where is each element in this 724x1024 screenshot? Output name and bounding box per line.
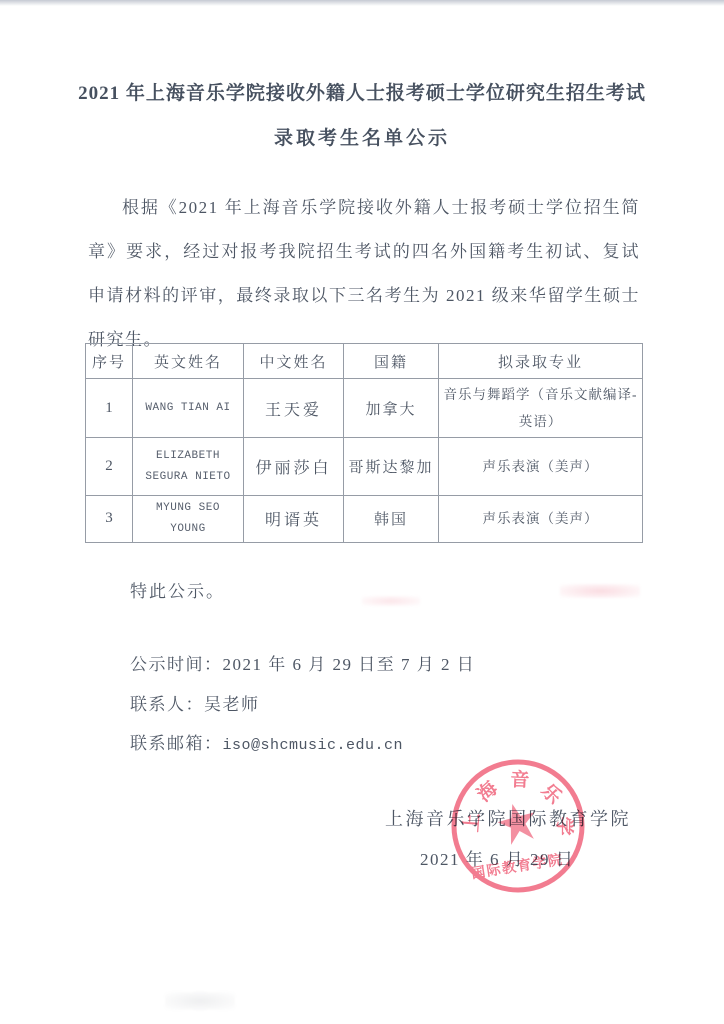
scan-smudge-artifact bbox=[560, 584, 640, 598]
scan-smudge-artifact bbox=[165, 992, 235, 1010]
table-header-row: 序号 英文姓名 中文姓名 国籍 拟录取专业 bbox=[86, 344, 643, 379]
cell-nationality: 哥斯达黎加 bbox=[344, 438, 439, 496]
table-row: 1 WANG TIAN AI 王天爱 加拿大 音乐与舞蹈学（音乐文献编译-英语） bbox=[86, 379, 643, 438]
admitted-students-table: 序号 英文姓名 中文姓名 国籍 拟录取专业 1 WANG TIAN AI 王天爱… bbox=[85, 343, 643, 543]
cell-chinese-name: 明谞英 bbox=[244, 496, 344, 543]
table-row: 3 MYUNG SEO YOUNG 明谞英 韩国 声乐表演（美声） bbox=[86, 496, 643, 543]
announcement-paragraph: 根据《2021 年上海音乐学院接收外籍人士报考硕士学位招生简章》要求，经过对报考… bbox=[88, 186, 640, 362]
document-title-line1: 2021 年上海音乐学院接收外籍人士报考硕士学位研究生招生考试 bbox=[0, 78, 724, 105]
cell-major: 音乐与舞蹈学（音乐文献编译-英语） bbox=[439, 379, 643, 438]
cell-chinese-name: 王天爱 bbox=[244, 379, 344, 438]
signature-date: 2021 年 6 月 29 日 bbox=[420, 845, 574, 870]
contact-email-label: 联系邮箱： bbox=[130, 734, 223, 753]
col-header-english-name: 英文姓名 bbox=[133, 344, 244, 379]
notice-statement: 特此公示。 bbox=[130, 577, 225, 602]
contact-email-line: 联系邮箱：iso@shcmusic.edu.cn bbox=[130, 729, 403, 754]
col-header-chinese-name: 中文姓名 bbox=[244, 344, 344, 379]
signature-organization: 上海音乐学院国际教育学院 bbox=[385, 805, 631, 831]
table-row: 2 ELIZABETH SEGURA NIETO 伊丽莎白 哥斯达黎加 声乐表演… bbox=[86, 438, 643, 496]
cell-no: 1 bbox=[86, 379, 133, 438]
cell-english-name: MYUNG SEO YOUNG bbox=[133, 496, 244, 543]
cell-major: 声乐表演（美声） bbox=[439, 496, 643, 543]
cell-no: 3 bbox=[86, 496, 133, 543]
scan-edge-artifact bbox=[0, 0, 724, 6]
cell-english-name: WANG TIAN AI bbox=[133, 379, 244, 438]
cell-english-name: ELIZABETH SEGURA NIETO bbox=[133, 438, 244, 496]
col-header-nationality: 国籍 bbox=[344, 344, 439, 379]
scan-smudge-artifact bbox=[362, 596, 420, 606]
document-title-line2: 录取考生名单公示 bbox=[0, 123, 724, 150]
cell-chinese-name: 伊丽莎白 bbox=[244, 438, 344, 496]
cell-nationality: 加拿大 bbox=[344, 379, 439, 438]
col-header-no: 序号 bbox=[86, 344, 133, 379]
publicity-time-line: 公示时间：2021 年 6 月 29 日至 7 月 2 日 bbox=[130, 650, 475, 675]
cell-no: 2 bbox=[86, 438, 133, 496]
contact-person-line: 联系人：吴老师 bbox=[130, 690, 260, 715]
cell-nationality: 韩国 bbox=[344, 496, 439, 543]
scanned-announcement-page: 2021 年上海音乐学院接收外籍人士报考硕士学位研究生招生考试 录取考生名单公示… bbox=[0, 0, 724, 1024]
col-header-major: 拟录取专业 bbox=[439, 344, 643, 379]
contact-email-address: iso@shcmusic.edu.cn bbox=[223, 737, 404, 754]
cell-major: 声乐表演（美声） bbox=[439, 438, 643, 496]
